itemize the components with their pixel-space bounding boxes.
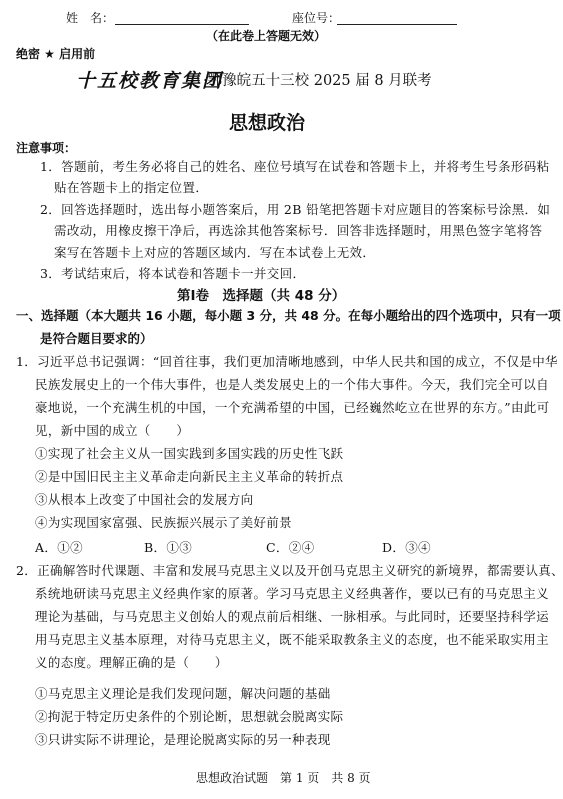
group-logo-text: 十五校教育集团 <box>76 66 223 93</box>
question-2-stem-line-1: 2．正确解答时代课题、丰富和发展马克思主义以及开创马克思主义研究的新境界，都需要… <box>16 561 563 579</box>
question-2-stem-line-5: 义的态度。理解正确的是（ ） <box>35 653 228 671</box>
question-1-statement-3: ③从根本上改变了中国社会的发展方向 <box>35 490 253 508</box>
question-2-stem-line-3: 理论为基础，与马克思主义创始人的观点前后相继、一脉相承。与此同时，还要坚持科学运 <box>35 607 549 625</box>
question-1-option-a: A．①② <box>35 538 83 556</box>
question-1-option-c: C．②④ <box>266 538 314 556</box>
question-2-statement-3: ③只讲实际不讲理论，是理论脱离实际的另一种表现 <box>35 730 331 748</box>
section-title: 第Ⅰ卷 选择题（共 48 分） <box>177 284 345 304</box>
question-1-statement-4: ④为实现国家富强、民族振兴展示了美好前景 <box>35 513 292 531</box>
question-1-stem-line-1: 1．习近平总书记强调：“回首往事，我们更加清晰地感到，中华人民共和国的成立，不仅… <box>16 352 558 370</box>
question-1-option-b: B．①③ <box>144 538 192 556</box>
notice-item-2-line-3: 案写在答题卡上对应的答题区域内．写在本试卷上无效． <box>54 243 375 261</box>
secret-mark: 绝密 ★ 启用前 <box>16 45 95 62</box>
subject-title: 思想政治 <box>229 108 305 135</box>
question-1-stem-line-2: 民族发展史上的一个伟大事件，也是人类发展史上的一个伟大事件。今天，我们完全可以自 <box>35 375 549 393</box>
section-instruction-line-1: 一、选择题（本大题共 16 小题，每小题 3 分，共 48 分。在每小题给出的四… <box>16 306 561 324</box>
question-2-statement-2: ②拘泥于特定历史条件的个别论断，思想就会脱离实际 <box>35 707 343 725</box>
question-2-stem-line-2: 系统地研读马克思主义经典作家的原著。学习马克思主义经典著作，要以已有的马克思主义 <box>35 584 549 602</box>
question-1-stem-line-4: 见，新中国的成立（ ） <box>35 421 189 439</box>
question-1-option-d: D．③④ <box>382 538 431 556</box>
invalid-note: （在此卷上答题无效） <box>206 27 326 44</box>
question-2-stem-line-4: 用马克思主义基本原理，对待马克思主义，既不能采取教条主义的态度，也不能采取实用主 <box>35 630 549 648</box>
notice-heading: 注意事项： <box>16 139 76 156</box>
exam-name: ·鄂豫皖五十三校 2025 届 8 月联考 <box>203 69 432 90</box>
question-1-stem-line-3: 豪地说，一个充满生机的中国，一个充满希望的中国，已经巍然屹立在世界的东方。”由此… <box>35 398 550 416</box>
notice-item-1-line-2: 贴在答题卡上的指定位置． <box>54 178 208 196</box>
name-label: 姓 名： <box>66 9 114 26</box>
notice-item-2-line-2: 需改动，用橡皮擦干净后，再选涂其他答案标号．回答非选择题时，用黑色签字笔将答 <box>54 221 542 239</box>
notice-item-1-line-1: 1．答题前，考生务必将自己的姓名、座位号填写在试卷和答题卡上，并将考生号条形码粘 <box>40 157 549 175</box>
question-2-statement-1: ①马克思主义理论是我们发现问题，解决问题的基础 <box>35 684 331 702</box>
page-footer: 思想政治试题 第 1 页 共 8 页 <box>196 769 371 786</box>
section-instruction-line-2: 是符合题目要求的） <box>40 329 153 347</box>
notice-item-3: 3．考试结束后，将本试卷和答题卡一并交回． <box>40 264 305 282</box>
seat-label: 座位号： <box>292 9 340 26</box>
seat-field-line <box>337 10 457 29</box>
notice-item-2-line-1: 2．回答选择题时，选出每小题答案后，用 2B 铅笔把答题卡对应题目的答案标号涂黑… <box>40 200 550 218</box>
question-1-statement-2: ②是中国旧民主主义革命走向新民主主义革命的转折点 <box>35 467 343 485</box>
question-1-statement-1: ①实现了社会主义从一国实践到多国实践的历史性飞跃 <box>35 444 343 462</box>
